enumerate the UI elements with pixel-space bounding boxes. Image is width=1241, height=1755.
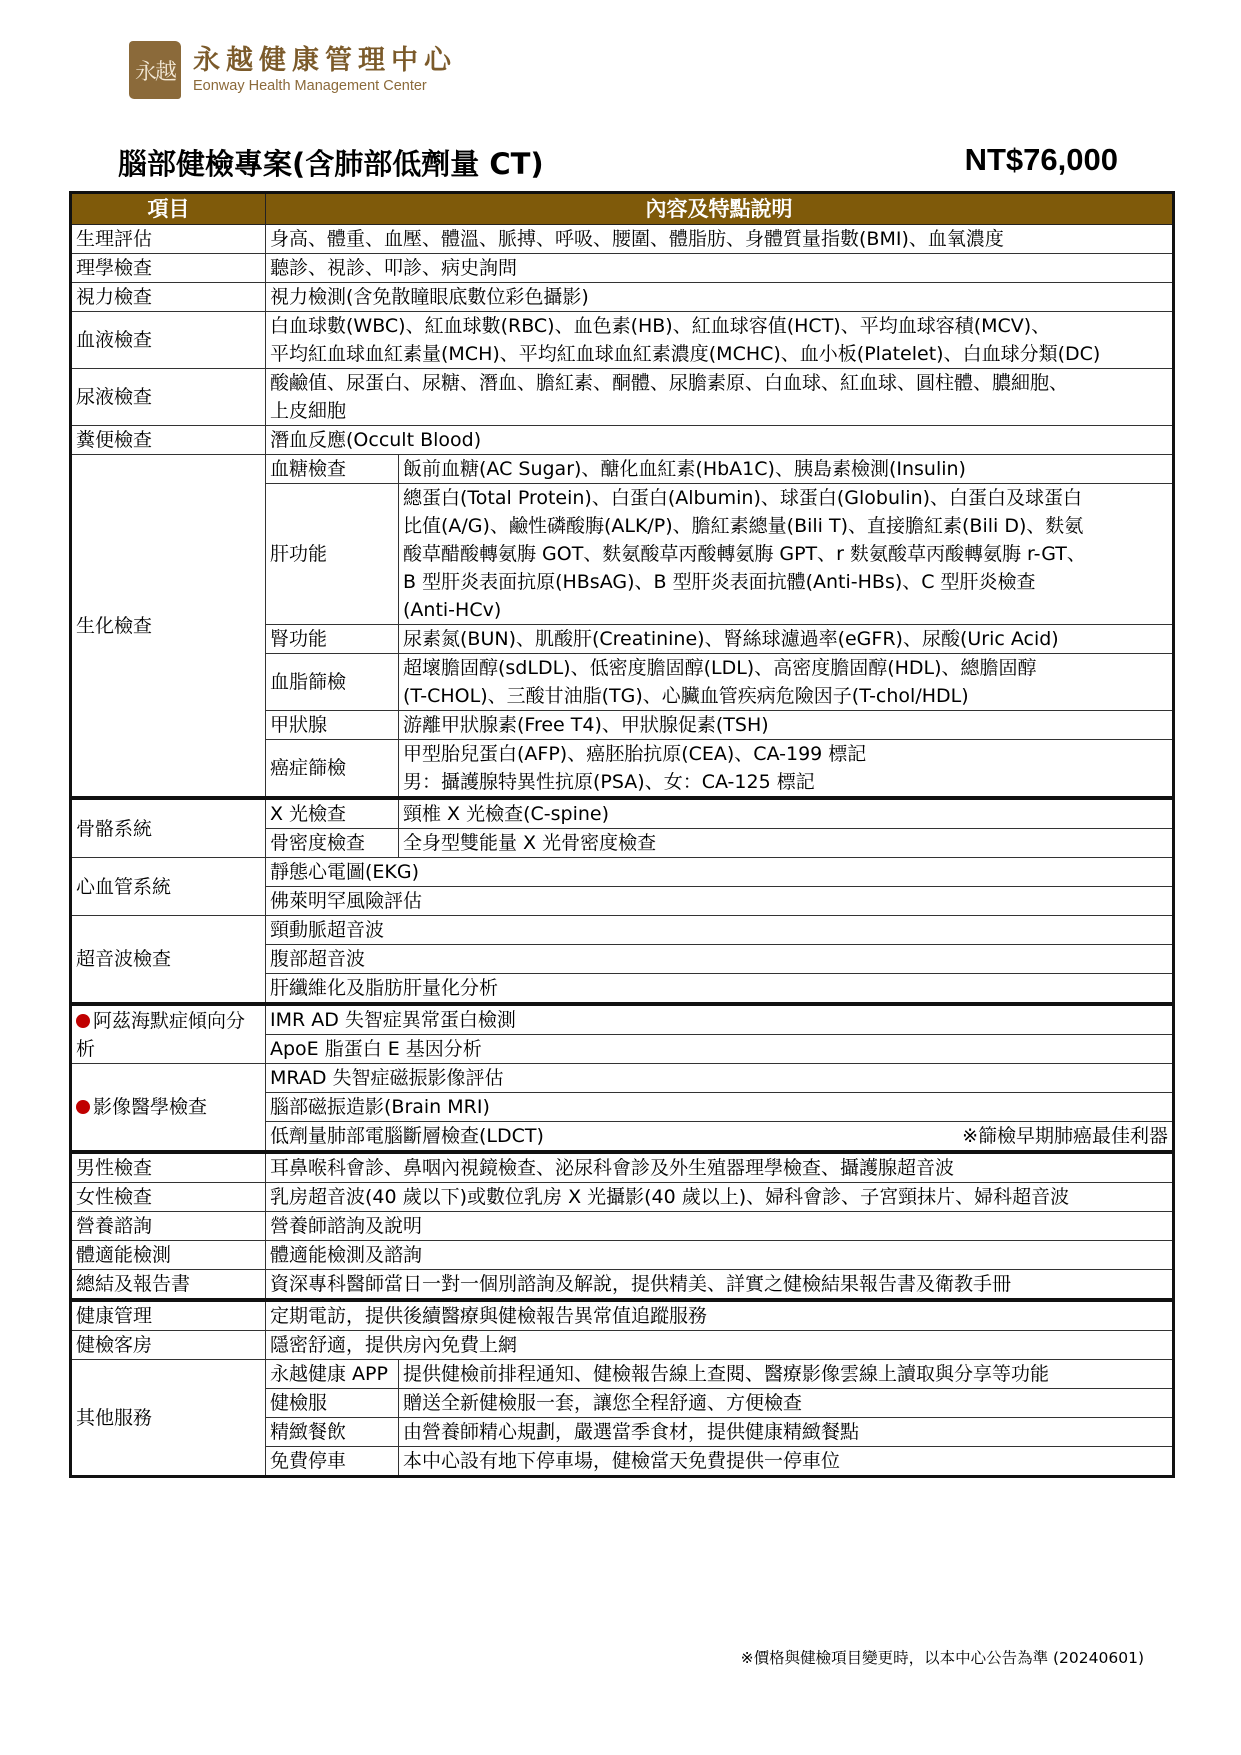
category-label: 健康管理 xyxy=(71,1300,266,1331)
content-text: 體適能檢測及諮詢 xyxy=(266,1241,1174,1270)
category-label: 影像醫學檢查 xyxy=(71,1064,266,1153)
content-text: IMR AD 失智症異常蛋白檢測 xyxy=(266,1004,1174,1035)
content-text: 白血球數(WBC)、紅血球數(RBC)、血色素(HB)、紅血球容值(HCT)、平… xyxy=(266,312,1174,369)
category-label: 體適能檢測 xyxy=(71,1241,266,1270)
table-row: 體適能檢測體適能檢測及諮詢 xyxy=(71,1241,1174,1270)
table-row: 男性檢查耳鼻喉科會診、鼻咽內視鏡檢查、泌尿科會診及外生殖器理學檢查、攝護腺超音波 xyxy=(71,1152,1174,1183)
content-text: 頸椎 X 光檢查(C-spine) xyxy=(399,798,1174,829)
content-text: 營養師諮詢及說明 xyxy=(266,1212,1174,1241)
category-label: 男性檢查 xyxy=(71,1152,266,1183)
ldct-note: ※篩檢早期肺癌最佳利器 xyxy=(962,1122,1168,1150)
red-dot-icon xyxy=(76,1014,90,1028)
sub-label: 骨密度檢查 xyxy=(266,829,399,858)
content-text: 尿素氮(BUN)、肌酸肝(Creatinine)、腎絲球濾過率(eGFR)、尿酸… xyxy=(399,625,1174,654)
table-row: 生理評估身高、體重、血壓、體溫、脈搏、呼吸、腰圍、體脂肪、身體質量指數(BMI)… xyxy=(71,225,1174,254)
category-label: 女性檢查 xyxy=(71,1183,266,1212)
sub-label: 腎功能 xyxy=(266,625,399,654)
exam-items-table: 項目 內容及特點說明 生理評估身高、體重、血壓、體溫、脈搏、呼吸、腰圍、體脂肪、… xyxy=(69,191,1175,1478)
table-row: 血液檢查白血球數(WBC)、紅血球數(RBC)、血色素(HB)、紅血球容值(HC… xyxy=(71,312,1174,369)
content-text: 視力檢測(含免散瞳眼底數位彩色攝影) xyxy=(266,283,1174,312)
content-text: MRAD 失智症磁振影像評估 xyxy=(266,1064,1174,1093)
sub-label: 免費停車 xyxy=(266,1447,399,1477)
table-row: 營養諮詢營養師諮詢及說明 xyxy=(71,1212,1174,1241)
sub-label: 血糖檢查 xyxy=(266,455,399,484)
sub-label: 甲狀腺 xyxy=(266,711,399,740)
package-price: NT$76,000 xyxy=(965,142,1118,178)
content-text: 腦部磁振造影(Brain MRI) xyxy=(266,1093,1174,1122)
content-text: 全身型雙能量 X 光骨密度檢查 xyxy=(399,829,1174,858)
content-text: 隱密舒適，提供房內免費上網 xyxy=(266,1331,1174,1360)
table-row: 尿液檢查酸鹼值、尿蛋白、尿糖、潛血、膽紅素、酮體、尿膽素原、白血球、紅血球、圓柱… xyxy=(71,369,1174,426)
content-text: 腹部超音波 xyxy=(266,945,1174,974)
company-name-cn: 永越健康管理中心 xyxy=(193,45,457,77)
sub-label: 癌症篩檢 xyxy=(266,740,399,799)
content-text: 贈送全新健檢服一套，讓您全程舒適、方便檢查 xyxy=(399,1389,1174,1418)
content-text: 乳房超音波(40 歲以下)或數位乳房 X 光攝影(40 歲以上)、婦科會診、子宮… xyxy=(266,1183,1174,1212)
content-text: 飯前血糖(AC Sugar)、醣化血紅素(HbA1C)、胰島素檢測(Insuli… xyxy=(399,455,1174,484)
category-label: 超音波檢查 xyxy=(71,916,266,1005)
table-row: 其他服務 永越健康 APP 提供健檢前排程通知、健檢報告線上查閱、醫療影像雲線上… xyxy=(71,1360,1174,1389)
red-dot-icon xyxy=(76,1100,90,1114)
logo-mark-icon: 永越 xyxy=(129,41,181,99)
category-label: 其他服務 xyxy=(71,1360,266,1477)
content-text: 酸鹼值、尿蛋白、尿糖、潛血、膽紅素、酮體、尿膽素原、白血球、紅血球、圓柱體、膿細… xyxy=(266,369,1174,426)
table-row: 超音波檢查 頸動脈超音波 xyxy=(71,916,1174,945)
table-row: 影像醫學檢查 MRAD 失智症磁振影像評估 xyxy=(71,1064,1174,1093)
category-label: 心血管系統 xyxy=(71,858,266,916)
table-row: 阿茲海默症傾向分析 IMR AD 失智症異常蛋白檢測 xyxy=(71,1004,1174,1035)
content-text: 總蛋白(Total Protein)、白蛋白(Albumin)、球蛋白(Glob… xyxy=(399,484,1174,625)
header-content: 內容及特點說明 xyxy=(266,193,1174,225)
content-text: 耳鼻喉科會診、鼻咽內視鏡檢查、泌尿科會診及外生殖器理學檢查、攝護腺超音波 xyxy=(266,1152,1174,1183)
footer-note: ※價格與健檢項目變更時，以本中心公告為準 (20240601) xyxy=(741,1646,1144,1668)
content-text: 定期電訪，提供後續醫療與健檢報告異常值追蹤服務 xyxy=(266,1300,1174,1331)
content-text: 提供健檢前排程通知、健檢報告線上查閱、醫療影像雲線上讀取與分享等功能 xyxy=(399,1360,1174,1389)
content-text: 潛血反應(Occult Blood) xyxy=(266,426,1174,455)
category-label: 營養諮詢 xyxy=(71,1212,266,1241)
table-row: 骨骼系統 X 光檢查 頸椎 X 光檢查(C-spine) xyxy=(71,798,1174,829)
table-row: 心血管系統 靜態心電圖(EKG) xyxy=(71,858,1174,887)
table-header-row: 項目 內容及特點說明 xyxy=(71,193,1174,225)
content-text: 靜態心電圖(EKG) xyxy=(266,858,1174,887)
category-label: 血液檢查 xyxy=(71,312,266,369)
category-label: 總結及報告書 xyxy=(71,1270,266,1301)
content-text: 頸動脈超音波 xyxy=(266,916,1174,945)
content-text: 身高、體重、血壓、體溫、脈搏、呼吸、腰圍、體脂肪、身體質量指數(BMI)、血氧濃… xyxy=(266,225,1174,254)
category-label: 骨骼系統 xyxy=(71,798,266,858)
sub-label: 永越健康 APP xyxy=(266,1360,399,1389)
table-row: 女性檢查乳房超音波(40 歲以下)或數位乳房 X 光攝影(40 歲以上)、婦科會… xyxy=(71,1183,1174,1212)
category-label: 視力檢查 xyxy=(71,283,266,312)
content-text: 聽診、視診、叩診、病史詢問 xyxy=(266,254,1174,283)
sub-label: 健檢服 xyxy=(266,1389,399,1418)
category-label: 生化檢查 xyxy=(71,455,266,799)
category-label: 健檢客房 xyxy=(71,1331,266,1360)
content-text: 由營養師精心規劃，嚴選當季食材，提供健康精緻餐點 xyxy=(399,1418,1174,1447)
content-text: 佛萊明罕風險評估 xyxy=(266,887,1174,916)
table-row: 健檢客房隱密舒適，提供房內免費上網 xyxy=(71,1331,1174,1360)
header-item: 項目 xyxy=(71,193,266,225)
table-row: 視力檢查視力檢測(含免散瞳眼底數位彩色攝影) xyxy=(71,283,1174,312)
table-row: 總結及報告書資深專科醫師當日一對一個別諮詢及解說，提供精美、詳實之健檢結果報告書… xyxy=(71,1270,1174,1301)
content-text: 游離甲狀腺素(Free T4)、甲狀腺促素(TSH) xyxy=(399,711,1174,740)
package-title: 腦部健檢專案(含肺部低劑量 CT) xyxy=(118,142,544,183)
category-label: 尿液檢查 xyxy=(71,369,266,426)
content-text: 肝纖維化及脂肪肝量化分析 xyxy=(266,974,1174,1005)
sub-label: 血脂篩檢 xyxy=(266,654,399,711)
category-label: 理學檢查 xyxy=(71,254,266,283)
table-row: 健康管理定期電訪，提供後續醫療與健檢報告異常值追蹤服務 xyxy=(71,1300,1174,1331)
content-text: 本中心設有地下停車場，健檢當天免費提供一停車位 xyxy=(399,1447,1174,1477)
table-row: 理學檢查聽診、視診、叩診、病史詢問 xyxy=(71,254,1174,283)
category-label: 生理評估 xyxy=(71,225,266,254)
sub-label: 精緻餐飲 xyxy=(266,1418,399,1447)
company-logo: 永越 永越健康管理中心 Eonway Health Management Cen… xyxy=(129,40,457,100)
table-row: 糞便檢查潛血反應(Occult Blood) xyxy=(71,426,1174,455)
content-text: 超壞膽固醇(sdLDL)、低密度膽固醇(LDL)、高密度膽固醇(HDL)、總膽固… xyxy=(399,654,1174,711)
category-label: 阿茲海默症傾向分析 xyxy=(71,1004,266,1064)
sub-label: X 光檢查 xyxy=(266,798,399,829)
table-row: 生化檢查 血糖檢查 飯前血糖(AC Sugar)、醣化血紅素(HbA1C)、胰島… xyxy=(71,455,1174,484)
category-label: 糞便檢查 xyxy=(71,426,266,455)
content-text: 甲型胎兒蛋白(AFP)、癌胚胎抗原(CEA)、CA-199 標記 男：攝護腺特異… xyxy=(399,740,1174,799)
company-name-en: Eonway Health Management Center xyxy=(193,77,457,95)
content-text: 低劑量肺部電腦斷層檢查(LDCT)※篩檢早期肺癌最佳利器 xyxy=(266,1122,1174,1153)
sub-label: 肝功能 xyxy=(266,484,399,625)
content-text: 資深專科醫師當日一對一個別諮詢及解說，提供精美、詳實之健檢結果報告書及衛教手冊 xyxy=(266,1270,1174,1301)
content-text: ApoE 脂蛋白 E 基因分析 xyxy=(266,1035,1174,1064)
